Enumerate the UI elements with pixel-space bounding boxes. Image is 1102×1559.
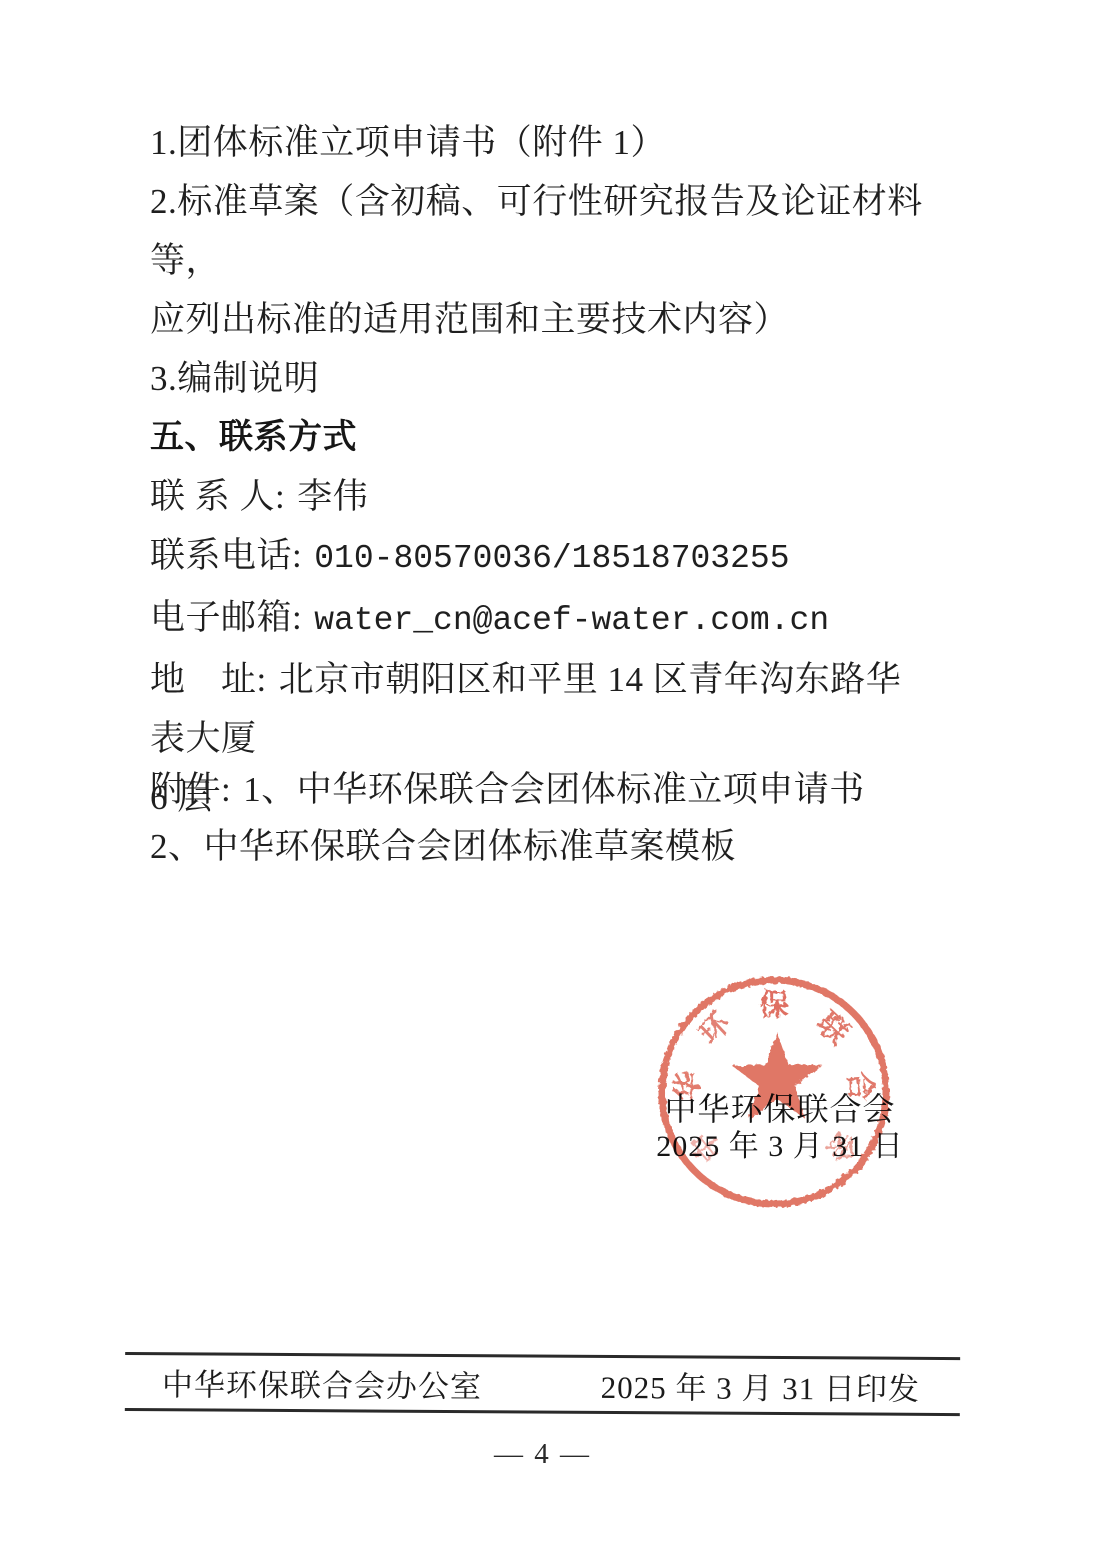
footer-issue-date: 2025 年 3 月 31 日印发 <box>601 1362 961 1409</box>
contact-person-row: 联 系 人:李伟 <box>150 467 936 526</box>
footer-row: 中华环保联合会办公室 2025 年 3 月 31 日印发 <box>125 1355 960 1413</box>
contact-phone-label: 联系电话: <box>150 536 302 575</box>
document-page: 1.团体标准立项申请书（附件 1） 2.标准草案（含初稿、可行性研究报告及论证材… <box>0 0 1102 1559</box>
contact-person-value: 李伟 <box>297 477 368 516</box>
contact-person-label: 联 系 人: <box>150 477 285 516</box>
list-item-3: 3.编制说明 <box>150 349 936 408</box>
seal-char-3: 环 <box>693 1006 738 1051</box>
signature-org: 中华环保联合会 <box>650 1090 910 1128</box>
footer-office: 中华环保联合会办公室 <box>125 1359 482 1406</box>
attachment-line-1: 附件:1、中华环保联合会团体标准立项申请书 <box>150 761 936 818</box>
contact-phone-value: 010-80570036/18518703255 <box>314 540 789 577</box>
attachment-item-2: 2、中华环保联合会团体标准草案模板 <box>150 827 736 866</box>
contact-email-label: 电子邮箱: <box>150 598 302 637</box>
document-body: 1.团体标准立项申请书（附件 1） 2.标准草案（含初稿、可行性研究报告及论证材… <box>150 113 936 827</box>
signature-date: 2025 年 3 月 31 日 <box>650 1128 910 1166</box>
page-footer: 中华环保联合会办公室 2025 年 3 月 31 日印发 <box>125 1352 960 1416</box>
contact-email-row: 电子邮箱:water_cn@acef-water.com.cn <box>150 588 936 650</box>
contact-email-value: water_cn@acef-water.com.cn <box>314 602 829 639</box>
attachment-label: 附件: <box>150 770 231 809</box>
signature-block: 中华环保联合会 2025 年 3 月 31 日 <box>650 1090 910 1166</box>
seal-char-5: 联 <box>810 1007 854 1052</box>
seal-char-4: 保 <box>759 990 789 1023</box>
contact-address-label: 地 址: <box>150 660 267 699</box>
attachment-line-2: 2、中华环保联合会团体标准草案模板 <box>150 818 936 875</box>
page-number: — 4 — <box>125 1438 960 1471</box>
list-item-1: 1.团体标准立项申请书（附件 1） <box>150 113 936 172</box>
list-item-2-line1: 2.标准草案（含初稿、可行性研究报告及论证材料等， <box>150 172 936 290</box>
section-heading: 五、联系方式 <box>150 408 936 467</box>
list-item-2-line2: 应列出标准的适用范围和主要技术内容） <box>150 290 936 349</box>
attachment-section: 附件:1、中华环保联合会团体标准立项申请书 2、中华环保联合会团体标准草案模板 <box>150 761 936 875</box>
contact-phone-row: 联系电话:010-80570036/18518703255 <box>150 526 936 588</box>
attachment-item-1: 1、中华环保联合会团体标准立项申请书 <box>243 770 865 809</box>
contact-address-row: 地 址:北京市朝阳区和平里 14 区青年沟东路华表大厦 <box>150 650 936 768</box>
